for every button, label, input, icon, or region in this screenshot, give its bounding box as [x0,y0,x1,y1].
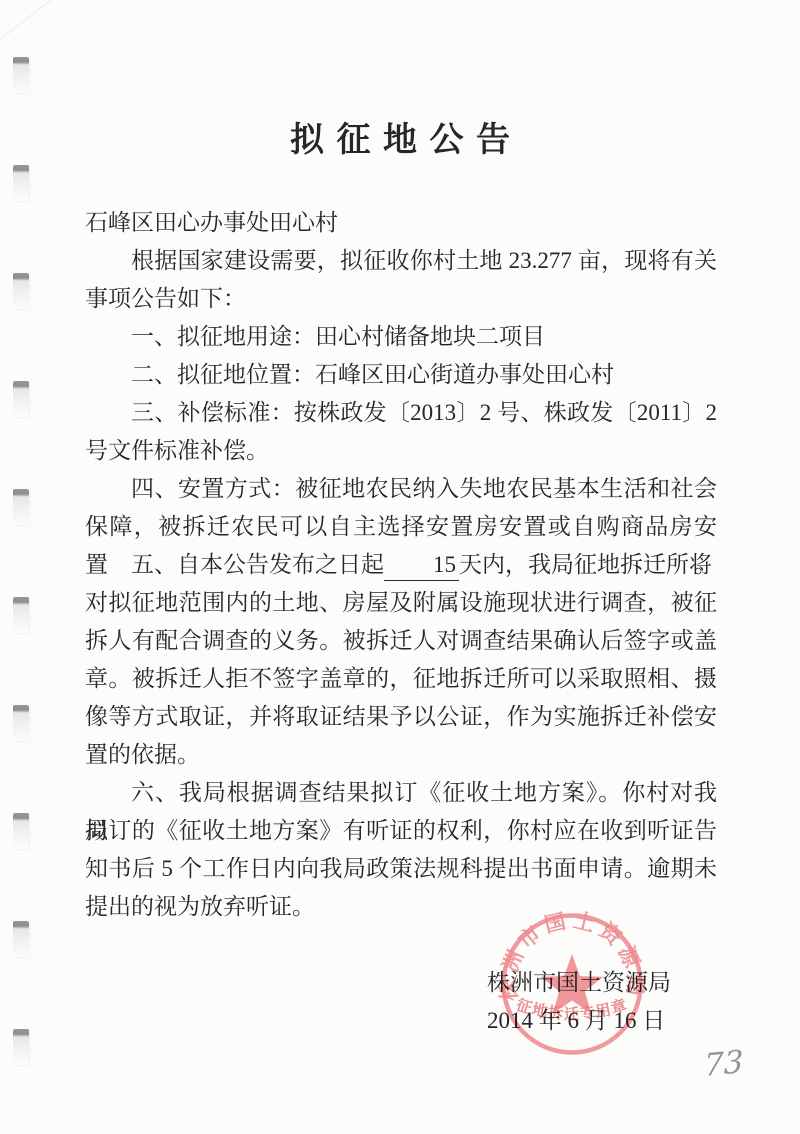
binder-hole [13,165,29,201]
item-5-line: 五、自本公告发布之日起15天内，我局征地拆迁所将 [85,546,717,584]
official-seal: 株洲市国土资源局 征地拆迁专用章 [487,899,657,1069]
official-seal-graphic: 株洲市国土资源局 征地拆迁专用章 [487,899,657,1069]
item-6-line: 六、我局根据调查结果拟订《征收土地方案》。你村对我局 [85,774,717,812]
body-line: 对拟征地范围内的土地、房屋及附属设施现状进行调查，被征 [85,584,717,622]
binder-hole [13,705,29,741]
body-line: 章。被拆迁人拒不签字盖章的，征地拆迁所可以采取照相、摄 [85,660,717,698]
body-line: 拆人有配合调查的义务。被拆迁人对调查结果确认后签字或盖 [85,622,717,660]
item-4-line: 四、安置方式：被征地农民纳入失地农民基本生活和社会 [85,470,717,508]
addressee-line: 石峰区田心办事处田心村 [85,204,717,242]
item-3-line: 三、补偿标准：按株政发〔2013〕2 号、株政发〔2011〕2 [85,394,717,432]
binder-hole [13,921,29,957]
binder-hole [13,489,29,525]
scanned-document-page: 拟 征 地 公 告 石峰区田心办事处田心村 根据国家建设需要，拟征收你村土地 2… [0,0,800,1134]
binder-hole [13,597,29,633]
body-line: 根据国家建设需要，拟征收你村土地 23.277 亩，现将有关 [85,242,717,280]
body-line: 拟订的《征收土地方案》有听证的权利，你村应在收到听证告 [85,812,717,850]
binder-hole [13,273,29,309]
blank-post-text: 天内，我局征地拆迁所将 [459,552,712,577]
document-body: 石峰区田心办事处田心村 根据国家建设需要，拟征收你村土地 23.277 亩，现将… [85,204,717,926]
handwritten-page-number: 73 [704,1044,743,1084]
body-line: 像等方式取证，并将取证结果予以公证，作为实施拆迁补偿安 [85,698,717,736]
body-line: 号文件标准补偿。 [85,432,717,470]
filled-blank-days: 15 [384,552,459,581]
item-1-line: 一、拟征地用途：田心村储备地块二项目 [85,318,717,356]
body-line: 置的依据。 [85,736,717,774]
binder-hole [13,381,29,417]
body-line: 事项公告如下： [85,280,717,318]
document-title: 拟 征 地 公 告 [85,119,717,163]
body-line: 保障，被拆迁农民可以自主选择安置房安置或自购商品房安置。 [85,508,717,546]
paper-crease [0,0,55,40]
binder-hole [13,813,29,849]
blank-pre-text: 五、自本公告发布之日起 [131,552,384,577]
body-line: 知书后 5 个工作日内向我局政策法规科提出书面申请。逾期未 [85,850,717,888]
binder-hole [13,1029,29,1065]
binder-hole [13,57,29,93]
item-2-line: 二、拟征地位置：石峰区田心街道办事处田心村 [85,356,717,394]
